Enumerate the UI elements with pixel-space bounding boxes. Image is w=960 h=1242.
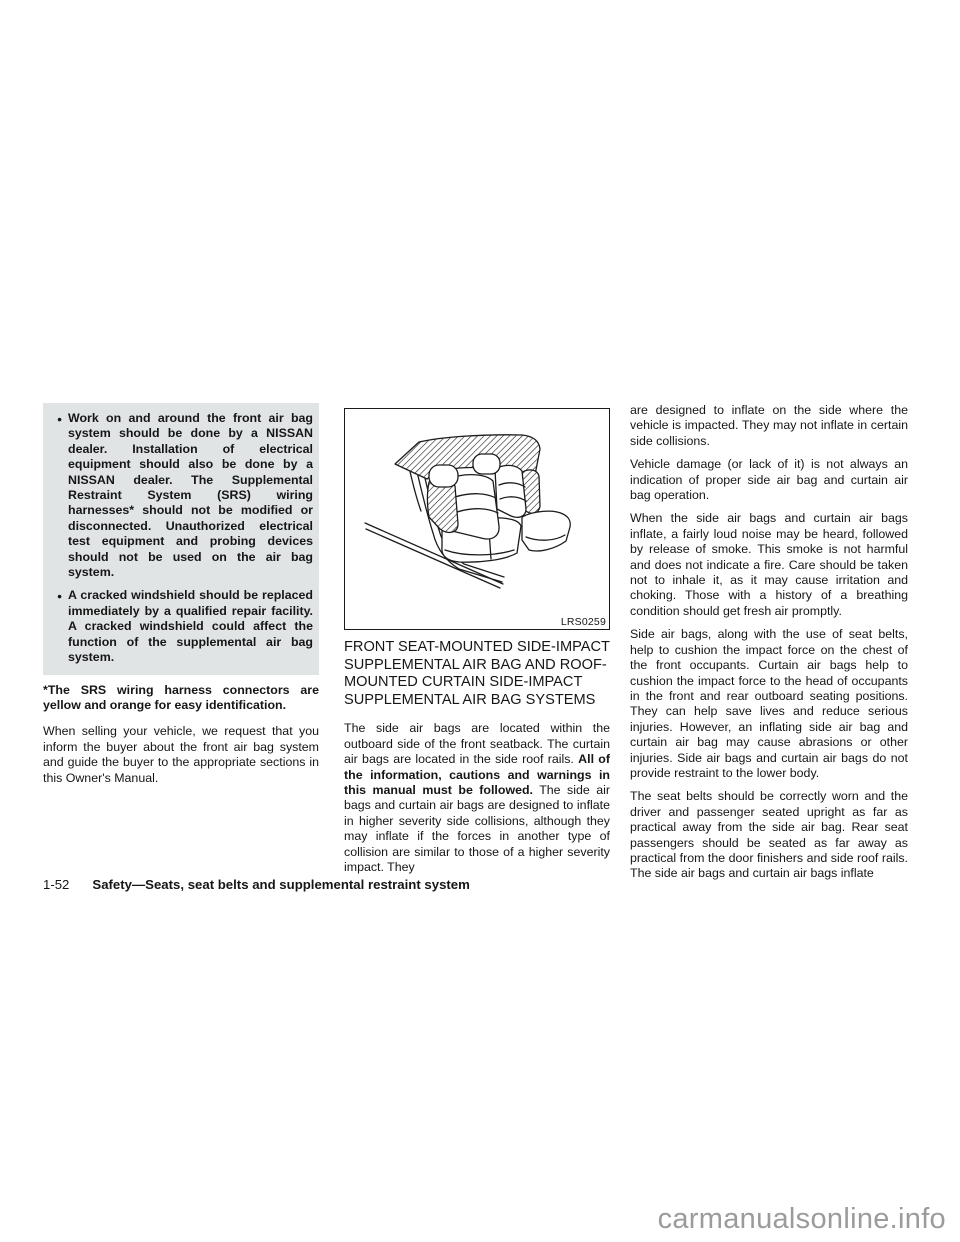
right-paragraph: Side air bags, along with the use of sea… bbox=[630, 627, 908, 781]
manual-page: ● Work on and around the front air bag s… bbox=[0, 0, 960, 1242]
middle-paragraph: The side air bags are located within the… bbox=[344, 721, 610, 875]
right-paragraph: When the side air bags and curtain air b… bbox=[630, 511, 908, 619]
warning-bullet-item: ● A cracked windshield should be replace… bbox=[43, 588, 313, 665]
right-column: are designed to inflate on the side wher… bbox=[630, 403, 908, 882]
right-paragraph: The seat belts should be correctly worn … bbox=[630, 789, 908, 881]
seats-airbag-illustration bbox=[345, 409, 609, 629]
watermark: carmanualsonline.info bbox=[658, 1203, 946, 1236]
middle-paragraph-intro: The side air bags are located within the… bbox=[344, 721, 610, 766]
figure-seat-airbag: LRS0259 bbox=[344, 408, 610, 630]
footer-section-title: Safety—Seats, seat belts and supplementa… bbox=[92, 877, 469, 892]
page-number: 1-52 bbox=[43, 877, 69, 892]
left-column: ● Work on and around the front air bag s… bbox=[43, 403, 319, 786]
selling-paragraph: When selling your vehicle, we request th… bbox=[43, 724, 319, 786]
page-footer: 1-52Safety—Seats, seat belts and supplem… bbox=[43, 877, 470, 892]
bullet-icon: ● bbox=[57, 412, 62, 427]
bullet-icon: ● bbox=[57, 589, 62, 604]
figure-label: LRS0259 bbox=[558, 616, 606, 628]
section-heading: FRONT SEAT-MOUNTED SIDE-IMPACT SUPPLEMEN… bbox=[344, 639, 610, 709]
middle-column: LRS0259 FRONT SEAT-MOUNTED SIDE-IMPACT S… bbox=[344, 403, 610, 875]
warning-box: ● Work on and around the front air bag s… bbox=[43, 403, 319, 675]
srs-note: *The SRS wiring harness connectors are y… bbox=[43, 683, 319, 714]
warning-bullet-text: Work on and around the front air bag sys… bbox=[68, 411, 313, 579]
right-paragraph: Vehicle damage (or lack of it) is not al… bbox=[630, 457, 908, 503]
warning-bullet-text: A cracked windshield should be replaced … bbox=[68, 588, 313, 664]
warning-bullet-item: ● Work on and around the front air bag s… bbox=[43, 411, 313, 580]
right-paragraph: are designed to inflate on the side wher… bbox=[630, 403, 908, 449]
